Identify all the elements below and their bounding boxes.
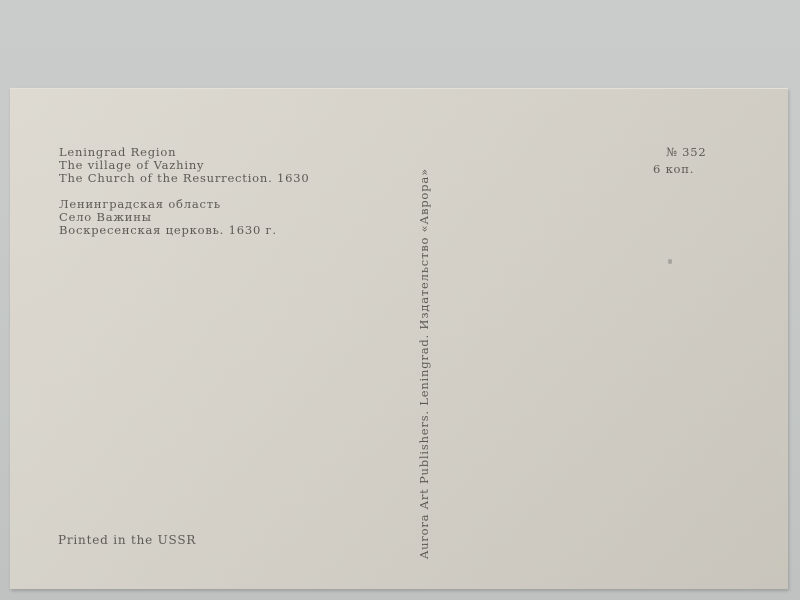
caption-english: Leningrad Region The village of Vazhiny … (59, 146, 310, 185)
caption-en-church: The Church of the Resurrection. 1630 (59, 172, 310, 185)
caption-ru-church: Воскресенская церковь. 1630 г. (59, 224, 277, 237)
paper-speck (668, 259, 672, 264)
printed-in-ussr: Printed in the USSR (58, 534, 196, 547)
price: 6 коп. (653, 163, 707, 176)
publisher-line: Aurora Art Publishers. Leningrad. Издате… (418, 168, 431, 559)
postcard-meta: № 352 6 коп. (653, 146, 707, 176)
postcard-back: Leningrad Region The village of Vazhiny … (10, 88, 788, 589)
catalog-number: № 352 (653, 146, 707, 159)
caption-russian: Ленинградская область Село Важины Воскре… (59, 198, 277, 237)
